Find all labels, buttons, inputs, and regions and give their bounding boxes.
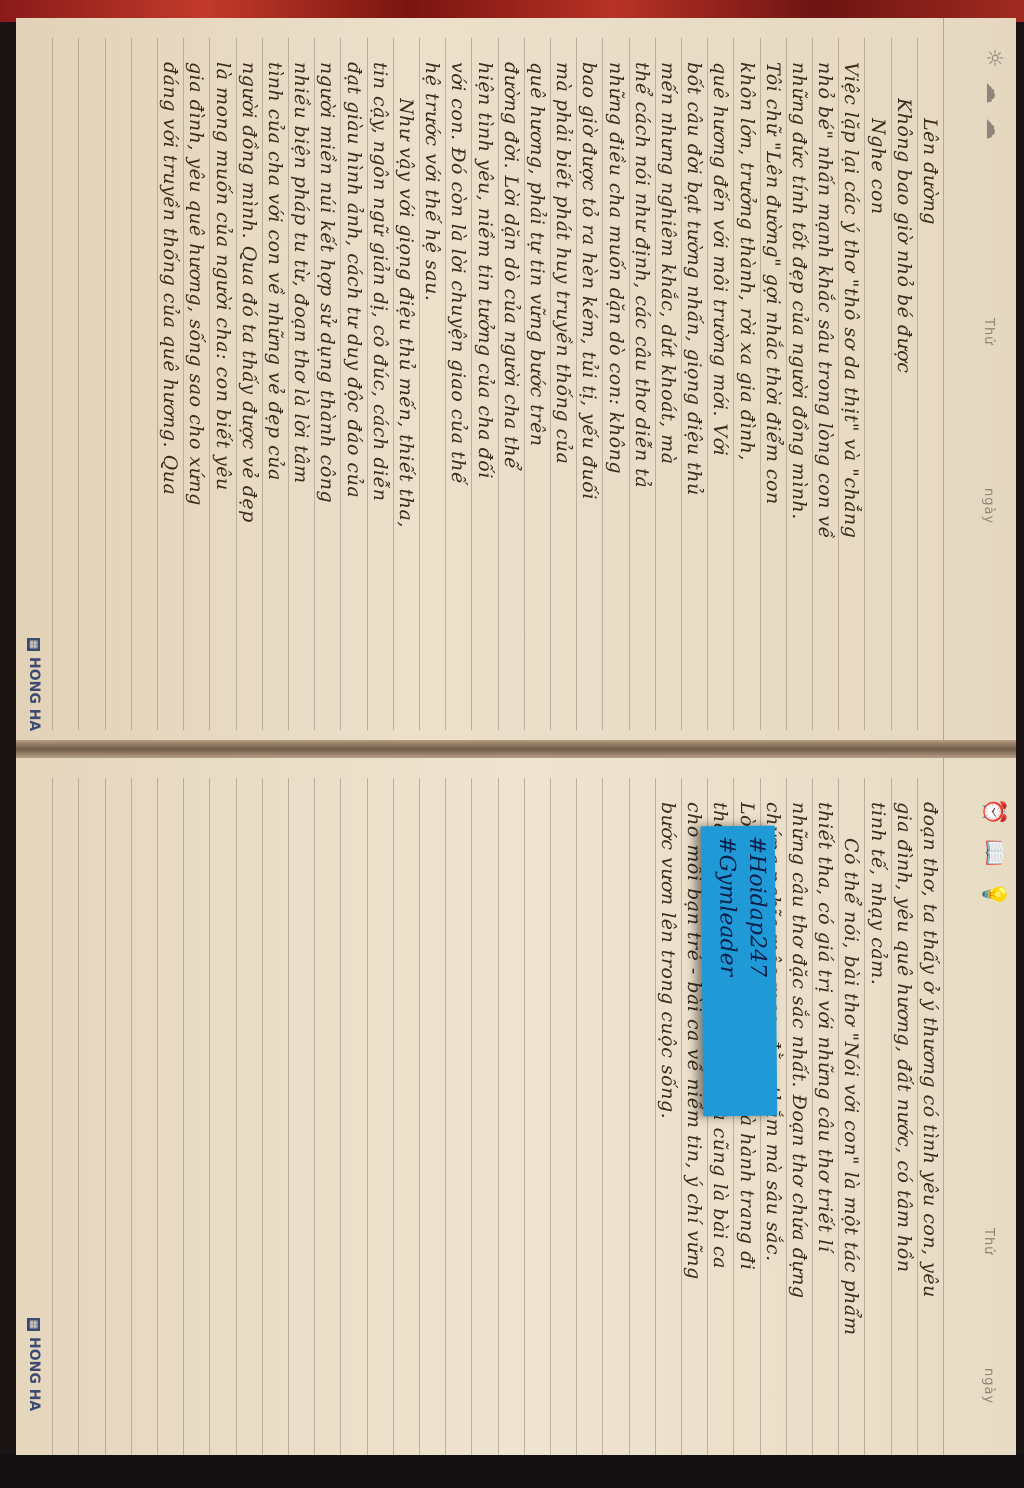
notebook-spread: ☼ ☁ ☁ Thứ ngày Lên đườngKhông bao giờ nh… bbox=[0, 0, 1024, 1488]
handwritten-line: gia đình, yêu quê hương, sống sao cho xứ… bbox=[185, 62, 207, 716]
handwritten-line: quê hương, phải tự tin vững bước trên bbox=[526, 62, 548, 716]
ruled-line bbox=[288, 38, 289, 730]
sticky-note-line-1: #Hoidap247 bbox=[744, 836, 770, 977]
ruled-line bbox=[236, 38, 237, 730]
ruled-line bbox=[209, 778, 210, 1460]
ruled-line bbox=[786, 778, 787, 1460]
brand-mark-icon: ▦ bbox=[28, 638, 41, 651]
ruled-line bbox=[602, 778, 603, 1460]
handwritten-line: mến nhưng nghiêm khắc, dứt khoát, mà bbox=[657, 62, 679, 716]
handwritten-line: Tôi chữ "Lên đường" gợi nhắc thời điểm c… bbox=[762, 62, 784, 716]
ruled-line bbox=[498, 38, 499, 730]
ruled-line bbox=[157, 38, 158, 730]
handwritten-line: hiện tình yêu, niềm tin tưởng của cha đố… bbox=[474, 62, 496, 716]
page-title: Lên đường bbox=[919, 118, 941, 716]
ruled-line bbox=[314, 38, 315, 730]
ruled-line bbox=[262, 778, 263, 1460]
ruled-line bbox=[917, 778, 918, 1460]
ruled-line bbox=[891, 778, 892, 1460]
header-icons: ⏰ 📖 💡 bbox=[981, 798, 1006, 908]
ruled-line bbox=[419, 38, 420, 730]
ruled-line bbox=[367, 38, 368, 730]
handwritten-line: tin cậy, ngôn ngữ giản dị, cô đúc, cách … bbox=[369, 62, 391, 716]
handwritten-line: những câu thơ đặc sắc nhất. Đoạn thơ chứ… bbox=[788, 802, 810, 1446]
ruled-line bbox=[655, 38, 656, 730]
ruled-line bbox=[393, 38, 394, 730]
left-page: ☼ ☁ ☁ Thứ ngày Lên đườngKhông bao giờ nh… bbox=[16, 18, 1016, 740]
ruled-line bbox=[838, 38, 839, 730]
brand-mark-icon: ▦ bbox=[28, 1318, 41, 1331]
right-page-header: ⏰ 📖 💡 Thứ ngày bbox=[943, 758, 1016, 1470]
ruled-line bbox=[209, 38, 210, 730]
handwritten-line: khôn lớn, trưởng thành, rời xa gia đình, bbox=[736, 62, 758, 716]
sticky-note-line-2: #Gymleader bbox=[714, 836, 740, 976]
right-page: ⏰ 📖 💡 Thứ ngày đoạn thơ, ta thấy ở ý thư… bbox=[16, 758, 1016, 1470]
ruled-line bbox=[602, 38, 603, 730]
ruled-line bbox=[340, 38, 341, 730]
ruled-line bbox=[262, 38, 263, 730]
handwritten-line: những đức tính tốt đẹp của người đồng mì… bbox=[788, 62, 810, 716]
ruled-line bbox=[105, 778, 106, 1460]
ruled-line bbox=[419, 778, 420, 1460]
table-shadow bbox=[0, 1455, 1024, 1488]
handwritten-line: mà phải biết phát huy truyền thống của bbox=[552, 62, 574, 716]
ruled-line bbox=[471, 778, 472, 1460]
handwritten-line: bước vươn lên trong cuộc sống. bbox=[657, 802, 679, 1446]
ruled-line bbox=[498, 778, 499, 1460]
ruled-line bbox=[157, 778, 158, 1460]
handwritten-line: đường đời. Lời dặn dò của người cha thể bbox=[500, 62, 522, 716]
ruled-line bbox=[367, 778, 368, 1460]
notebook-spine bbox=[16, 740, 1016, 758]
ruled-line bbox=[838, 778, 839, 1460]
handwritten-line: đáng với truyền thống của quê hương. Qua bbox=[159, 62, 181, 716]
handwritten-line: là mong muốn của người cha: con biết yêu bbox=[212, 62, 234, 716]
handwritten-line: tình của cha với con về những vẻ đẹp của bbox=[264, 62, 286, 716]
ruled-line bbox=[864, 778, 865, 1460]
brand-logo: ▦ HONG HA bbox=[26, 638, 42, 731]
ruled-line bbox=[576, 778, 577, 1460]
handwritten-line: hệ trước với thế hệ sau. bbox=[421, 62, 443, 716]
ruled-line bbox=[52, 778, 53, 1460]
ruled-line bbox=[236, 778, 237, 1460]
ruled-line bbox=[576, 38, 577, 730]
ruled-line bbox=[812, 778, 813, 1460]
ruled-line bbox=[471, 38, 472, 730]
rain-cloud-icon: ☁ bbox=[981, 82, 1006, 104]
sticky-note: #Hoidap247 #Gymleader bbox=[701, 826, 778, 1117]
handwritten-line: đoạn thơ, ta thấy ở ý thương có tình yêu… bbox=[919, 802, 941, 1446]
date-label-thu: Thứ bbox=[981, 1228, 996, 1255]
sun-icon: ☼ bbox=[981, 48, 1006, 68]
ruled-line bbox=[786, 38, 787, 730]
handwritten-line: tinh tế, nhạy cảm. bbox=[867, 802, 889, 1446]
alarm-clock-icon: ⏰ bbox=[981, 798, 1006, 825]
ruled-line bbox=[550, 38, 551, 730]
handwritten-line: với con. Đó còn là lời chuyện giao của t… bbox=[447, 62, 469, 716]
lightbulb-icon: 💡 bbox=[981, 881, 1006, 908]
ruled-line bbox=[52, 38, 53, 730]
ruled-line bbox=[131, 778, 132, 1460]
ruled-line bbox=[917, 38, 918, 730]
ruled-line bbox=[445, 38, 446, 730]
ruled-line bbox=[288, 778, 289, 1460]
handwritten-line: người đồng mình. Qua đó ta thấy được vẻ … bbox=[238, 62, 260, 716]
cloud-icon: ☁ bbox=[981, 118, 1006, 140]
ruled-line bbox=[629, 38, 630, 730]
title-line: Nghe con bbox=[867, 118, 889, 716]
handwritten-line: thiết tha, có giá trị với những câu thơ … bbox=[814, 802, 836, 1446]
title-line: Không bao giờ nhỏ bé được bbox=[893, 98, 915, 716]
left-page-header: ☼ ☁ ☁ Thứ ngày bbox=[943, 18, 1016, 740]
handwritten-line: nhiều biện pháp tu từ, đoạn thơ là lời t… bbox=[290, 62, 312, 716]
ruled-line bbox=[524, 38, 525, 730]
brand-logo: ▦ HONG HA bbox=[26, 1318, 42, 1411]
ruled-line bbox=[183, 778, 184, 1460]
handwritten-line: gia đình, yêu quê hương, đất nước, có tâ… bbox=[893, 802, 915, 1446]
handwritten-line: nhỏ bé" nhấn mạnh khắc sâu trong lòng co… bbox=[814, 62, 836, 716]
weather-icons: ☼ ☁ ☁ bbox=[981, 48, 1006, 140]
handwritten-line: Như vậy với giọng điệu thủ mến, thiết th… bbox=[395, 98, 417, 716]
book-icon: 📖 bbox=[981, 839, 1006, 866]
handwritten-line: đạt giàu hình ảnh, cách tư duy độc đáo c… bbox=[343, 62, 365, 716]
ruled-line bbox=[733, 38, 734, 730]
ruled-line bbox=[550, 778, 551, 1460]
ruled-line bbox=[105, 38, 106, 730]
ruled-line bbox=[524, 778, 525, 1460]
ruled-line bbox=[629, 778, 630, 1460]
date-label-thu: Thứ bbox=[981, 318, 996, 345]
ruled-line bbox=[314, 778, 315, 1460]
handwritten-line: những điều cha muốn dặn dò con: không bbox=[605, 62, 627, 716]
ruled-line bbox=[78, 38, 79, 730]
ruled-line bbox=[707, 38, 708, 730]
ruled-line bbox=[864, 38, 865, 730]
handwritten-line: Việc lặp lại các ý thơ "thô sơ da thịt" … bbox=[840, 62, 862, 716]
ruled-line bbox=[340, 778, 341, 1460]
ruled-line bbox=[760, 38, 761, 730]
ruled-line bbox=[681, 778, 682, 1460]
ruled-line bbox=[891, 38, 892, 730]
ruled-line bbox=[131, 38, 132, 730]
ruled-line bbox=[78, 778, 79, 1460]
date-label-ngay: ngày bbox=[981, 488, 996, 524]
handwritten-line: bốt câu đời bạt tường nhấn, giọng điệu t… bbox=[683, 62, 705, 716]
ruled-line bbox=[393, 778, 394, 1460]
ruled-line bbox=[183, 38, 184, 730]
handwritten-line: quê hương đến với môi trường mới. Với bbox=[709, 62, 731, 716]
ruled-line bbox=[812, 38, 813, 730]
handwritten-line: Có thể nói, bài thơ "Nói với con" là một… bbox=[840, 838, 862, 1446]
handwritten-line: thể cách nói như định, các câu thơ diễn … bbox=[631, 62, 653, 716]
right-page-lines: đoạn thơ, ta thấy ở ý thương có tình yêu… bbox=[56, 778, 944, 1460]
date-label-ngay: ngày bbox=[981, 1368, 996, 1404]
handwritten-line: bao giờ được tỏ ra hèn kém, tủi tị, yếu … bbox=[578, 62, 600, 716]
handwritten-line: người miền núi kết hợp sử dụng thành côn… bbox=[316, 62, 338, 716]
ruled-line bbox=[445, 778, 446, 1460]
left-page-lines: Lên đườngKhông bao giờ nhỏ bé đượcNghe c… bbox=[56, 38, 944, 730]
ruled-line bbox=[655, 778, 656, 1460]
ruled-line bbox=[681, 38, 682, 730]
